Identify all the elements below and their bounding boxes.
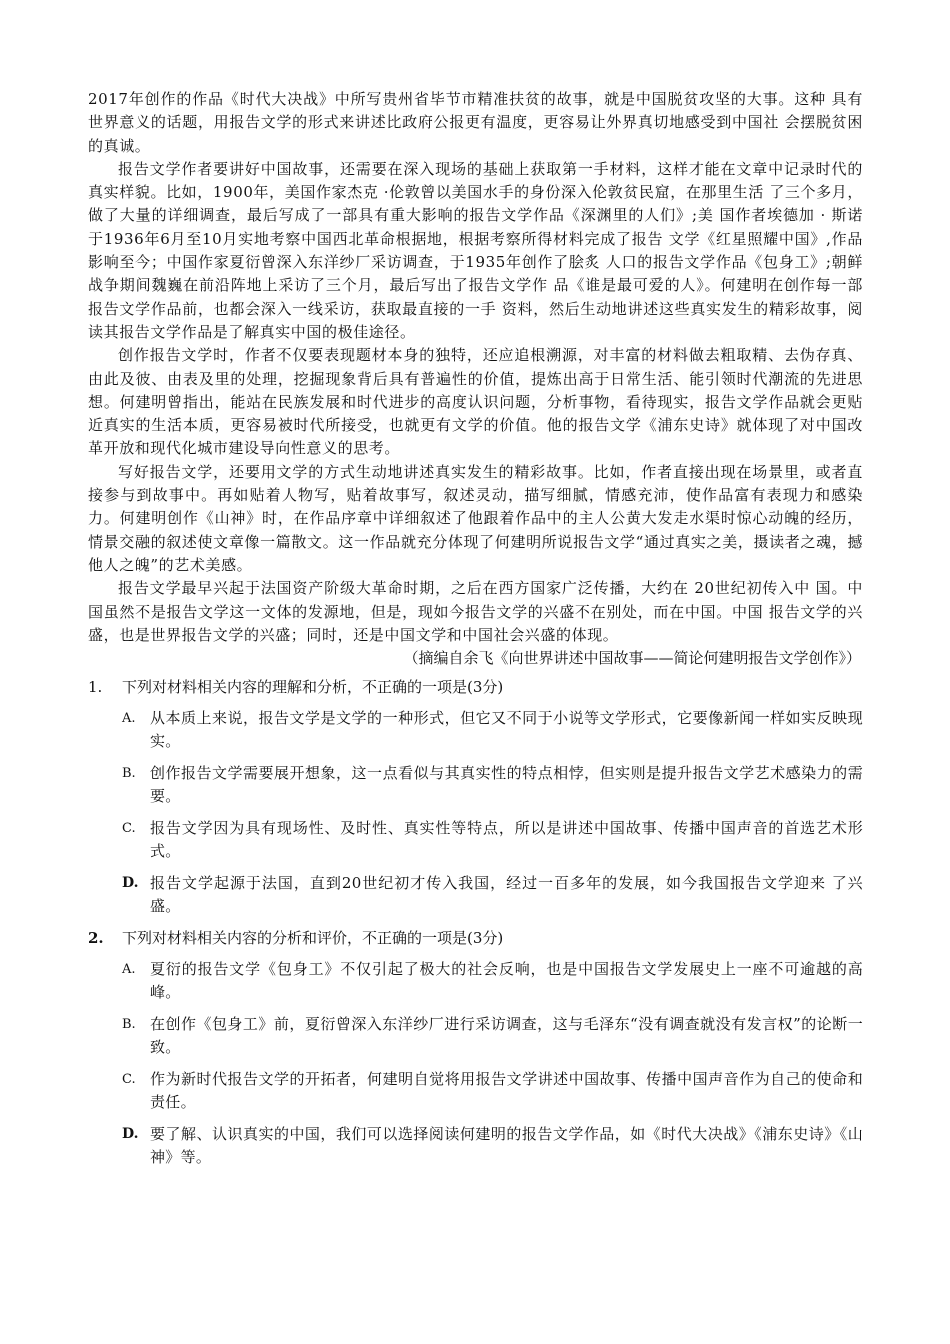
- question-1: 1. 下列对材料相关内容的理解和分析，不正确的一项是(3分) A. 从本质上来说…: [88, 676, 863, 918]
- question-stem: 2. 下列对材料相关内容的分析和评价，不正确的一项是(3分): [88, 927, 863, 950]
- passage-paragraph-3: 创作报告文学时，作者不仅要表现题材本身的独特，还应追根溯源，对丰富的材料做去粗取…: [88, 344, 863, 460]
- option-key: B.: [122, 762, 150, 808]
- passage-paragraph-2: 报告文学作者要讲好中国故事，还需要在深入现场的基础上获取第一手材料，这样才能在文…: [88, 158, 863, 344]
- question-stem: 1. 下列对材料相关内容的理解和分析，不正确的一项是(3分): [88, 676, 863, 699]
- option-key: C.: [122, 1068, 150, 1114]
- option-text: 报告文学因为具有现场性、及时性、真实性等特点，所以是讲述中国故事、传播中国声音的…: [150, 817, 863, 863]
- option-text: 要了解、认识真实的中国，我们可以选择阅读何建明的报告文学作品，如《时代大决战》《…: [150, 1123, 863, 1169]
- passage-paragraph-1: 2017年创作的作品《时代大决战》中所写贵州省毕节市精准扶贫的故事，就是中国脱贫…: [88, 88, 863, 158]
- option-a: A. 从本质上来说，报告文学是文学的一种形式，但它又不同于小说等文学形式，它要像…: [122, 707, 863, 753]
- question-text: 下列对材料相关内容的分析和评价，不正确的一项是(3分): [122, 927, 503, 950]
- option-b: B. 在创作《包身工》前，夏衍曾深入东洋纱厂进行采访调查，这与毛泽东“没有调查就…: [122, 1013, 863, 1059]
- option-text: 夏衍的报告文学《包身工》不仅引起了极大的社会反响，也是中国报告文学发展史上一座不…: [150, 958, 863, 1004]
- option-text: 从本质上来说，报告文学是文学的一种形式，但它又不同于小说等文学形式，它要像新闻一…: [150, 707, 863, 753]
- question-number: 1.: [88, 676, 122, 699]
- option-d: D. 报告文学起源于法国，直到20世纪初才传入我国，经过一百多年的发展，如今我国…: [122, 872, 863, 918]
- option-text: 在创作《包身工》前，夏衍曾深入东洋纱厂进行采访调查，这与毛泽东“没有调查就没有发…: [150, 1013, 863, 1059]
- question-text: 下列对材料相关内容的理解和分析，不正确的一项是(3分): [122, 676, 503, 699]
- question-number: 2.: [88, 927, 122, 950]
- reading-passage: 2017年创作的作品《时代大决战》中所写贵州省毕节市精准扶贫的故事，就是中国脱贫…: [88, 88, 863, 670]
- option-key: D.: [122, 872, 150, 918]
- option-text: 创作报告文学需要展开想象，这一点看似与其真实性的特点相悖，但实则是提升报告文学艺…: [150, 762, 863, 808]
- passage-source-citation: （摘编自余飞《向世界讲述中国故事——简论何建明报告文学创作》）: [88, 647, 863, 670]
- option-c: C. 报告文学因为具有现场性、及时性、真实性等特点，所以是讲述中国故事、传播中国…: [122, 817, 863, 863]
- option-c: C. 作为新时代报告文学的开拓者，何建明自觉将用报告文学讲述中国故事、传播中国声…: [122, 1068, 863, 1114]
- option-text: 报告文学起源于法国，直到20世纪初才传入我国，经过一百多年的发展，如今我国报告文…: [150, 872, 863, 918]
- option-key: B.: [122, 1013, 150, 1059]
- option-key: A.: [122, 958, 150, 1004]
- option-key: A.: [122, 707, 150, 753]
- passage-paragraph-5: 报告文学最早兴起于法国资产阶级大革命时期，之后在西方国家广泛传播，大约在 20世…: [88, 577, 863, 647]
- option-b: B. 创作报告文学需要展开想象，这一点看似与其真实性的特点相悖，但实则是提升报告…: [122, 762, 863, 808]
- passage-paragraph-4: 写好报告文学，还要用文学的方式生动地讲述真实发生的精彩故事。比如，作者直接出现在…: [88, 461, 863, 577]
- exam-page: 2017年创作的作品《时代大决战》中所写贵州省毕节市精准扶贫的故事，就是中国脱贫…: [88, 88, 863, 1178]
- option-key: D.: [122, 1123, 150, 1169]
- option-d: D. 要了解、认识真实的中国，我们可以选择阅读何建明的报告文学作品，如《时代大决…: [122, 1123, 863, 1169]
- option-a: A. 夏衍的报告文学《包身工》不仅引起了极大的社会反响，也是中国报告文学发展史上…: [122, 958, 863, 1004]
- question-2: 2. 下列对材料相关内容的分析和评价，不正确的一项是(3分) A. 夏衍的报告文…: [88, 927, 863, 1169]
- option-text: 作为新时代报告文学的开拓者，何建明自觉将用报告文学讲述中国故事、传播中国声音作为…: [150, 1068, 863, 1114]
- option-key: C.: [122, 817, 150, 863]
